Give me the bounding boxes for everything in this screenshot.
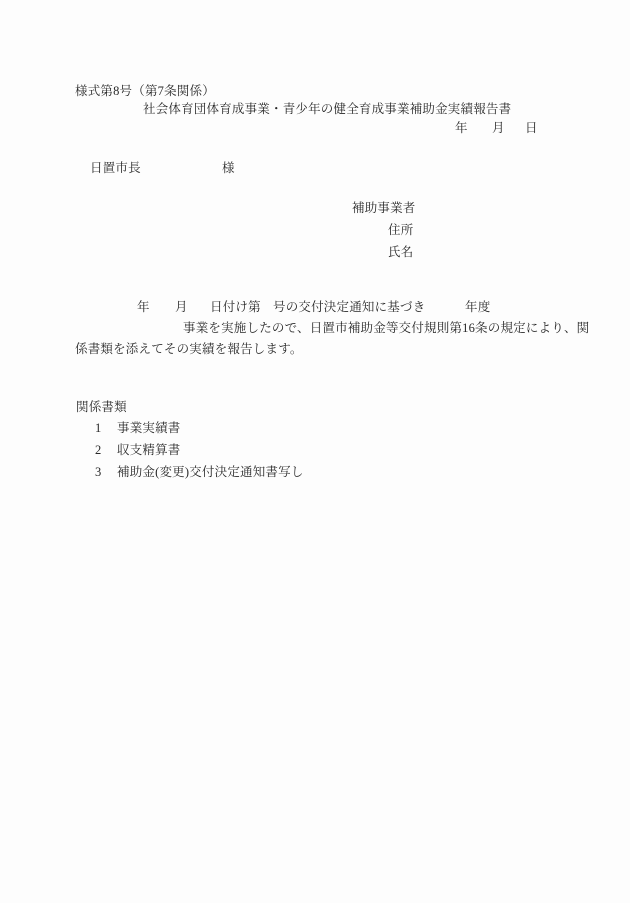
attachments-heading: 関係書類 bbox=[76, 400, 127, 414]
attachment-item-label: 収支精算書 bbox=[117, 443, 181, 457]
body-month-label: 月 bbox=[175, 300, 188, 314]
body-notice-text: 号の交付決定通知に基づき bbox=[273, 300, 425, 314]
date-day-label: 日 bbox=[525, 121, 538, 135]
body-fiscal-year-label: 年度 bbox=[465, 300, 490, 314]
addressee-honorific: 様 bbox=[222, 161, 235, 175]
attachment-item-number: 1 bbox=[95, 421, 101, 435]
attachment-item-number: 3 bbox=[95, 465, 101, 479]
form-number: 様式第8号（第7条関係） bbox=[75, 84, 215, 98]
body-paragraph-line2: 事業を実施したので、日置市補助金等交付規則第16条の規定により、関 bbox=[183, 321, 589, 335]
body-paragraph-line3: 係書類を添えてその実績を報告します。 bbox=[75, 342, 303, 356]
document-title: 社会体育団体育成事業・青少年の健全育成事業補助金実績報告書 bbox=[143, 102, 511, 116]
body-day-prefix-label: 日付け第 bbox=[210, 300, 261, 314]
date-month-label: 月 bbox=[492, 121, 505, 135]
attachment-item-label: 事業実績書 bbox=[117, 421, 181, 435]
applicant-label: 補助事業者 bbox=[352, 201, 416, 215]
addressee-name: 日置市長 bbox=[90, 161, 141, 175]
body-year-label: 年 bbox=[137, 300, 150, 314]
attachment-item-number: 2 bbox=[95, 443, 101, 457]
document-page: 様式第8号（第7条関係） 社会体育団体育成事業・青少年の健全育成事業補助金実績報… bbox=[0, 0, 630, 903]
date-year-label: 年 bbox=[455, 121, 468, 135]
attachment-item-label: 補助金(変更)交付決定通知書写し bbox=[117, 465, 304, 479]
applicant-name-label: 氏名 bbox=[388, 245, 413, 259]
applicant-address-label: 住所 bbox=[388, 223, 413, 237]
